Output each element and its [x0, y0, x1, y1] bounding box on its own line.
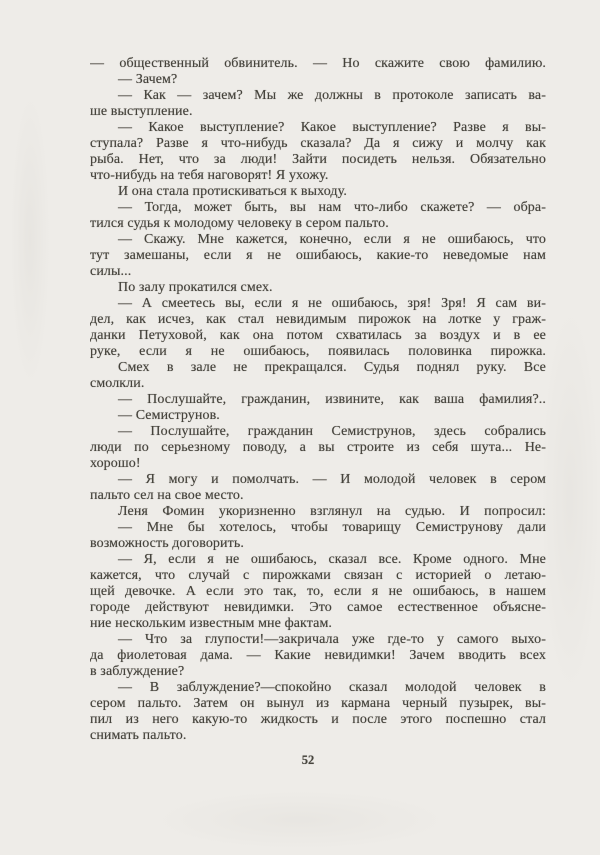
text-line: — Послушайте, гражданин Семиструнов, зде…	[90, 424, 546, 440]
text-line: силы...	[90, 264, 546, 280]
text-line: — Я, если я не ошибаюсь, сказал все. Кро…	[90, 552, 546, 568]
text-line: — Зачем?	[90, 72, 546, 88]
text-line: — общественный обвинитель. — Но скажите …	[90, 56, 546, 72]
text-line: Смех в зале не прекращался. Судья поднял…	[90, 360, 546, 376]
text-line: да фиолетовая дама. — Какие невидимки! З…	[90, 648, 546, 664]
book-page: — общественный обвинитель. — Но скажите …	[0, 0, 600, 855]
scan-smudge	[540, 300, 600, 700]
text-line: — А смеетесь вы, если я не ошибаюсь, зря…	[90, 296, 546, 312]
text-line: — Я могу и помолчать. — И молодой челове…	[90, 472, 546, 488]
text-line: ние нескольким известным мне фактам.	[90, 616, 546, 632]
text-line: пальто сел на свое место.	[90, 488, 546, 504]
text-line: возможность договорить.	[90, 536, 546, 552]
text-line: ступала? Разве я что-нибудь сказала? Да …	[90, 136, 546, 152]
page-text: — общественный обвинитель. — Но скажите …	[90, 56, 546, 744]
scan-smudge	[10, 90, 50, 390]
text-line: рыба. Нет, что за люди! Зайти посидеть н…	[90, 152, 546, 168]
text-line: — Тогда, может быть, вы нам что-либо ска…	[90, 200, 546, 216]
text-line: — Послушайте, гражданин, извините, как в…	[90, 392, 546, 408]
text-line: смолкли.	[90, 376, 546, 392]
text-line: ше выступление.	[90, 104, 546, 120]
text-line: щей девочке. А если это так, то, если я …	[90, 584, 546, 600]
text-line: данки Петуховой, как она потом схватилас…	[90, 328, 546, 344]
text-line: — Какое выступление? Какое выступление? …	[90, 120, 546, 136]
text-line: И она стала протискиваться к выходу.	[90, 184, 546, 200]
text-line: — Что за глупости!—закричала уже где-то …	[90, 632, 546, 648]
page-number: 52	[90, 753, 526, 768]
text-line: в заблуждение?	[90, 664, 546, 680]
text-line: хорошо!	[90, 456, 546, 472]
text-line: — Скажу. Мне кажется, конечно, если я не…	[90, 232, 546, 248]
text-line: — Семиструнов.	[90, 408, 546, 424]
text-line: По залу прокатился смех.	[90, 280, 546, 296]
text-line: дел, как исчез, как стал невидимым пирож…	[90, 312, 546, 328]
text-line: — Как — зачем? Мы же должны в протоколе …	[90, 88, 546, 104]
text-line: сером пальто. Затем он вынул из кармана …	[90, 696, 546, 712]
text-line: снимать пальто.	[90, 728, 546, 744]
text-line: — В заблуждение?—спокойно сказал молодой…	[90, 680, 546, 696]
text-line: городе действуют невидимки. Это самое ес…	[90, 600, 546, 616]
text-line: Леня Фомин укоризненно взглянул на судью…	[90, 504, 546, 520]
text-line: — Мне бы хотелось, чтобы товарищу Семист…	[90, 520, 546, 536]
text-line: руке, если я не ошибаюсь, появилась поло…	[90, 344, 546, 360]
text-line: пил из него какую-то жидкость и после эт…	[90, 712, 546, 728]
scan-smudge	[150, 790, 450, 850]
text-line: тут замешаны, если я не ошибаюсь, какие-…	[90, 248, 546, 264]
text-line: что-нибудь на тебя наговорят! Я ухожу.	[90, 168, 546, 184]
text-line: тился судья к молодому человеку в сером …	[90, 216, 546, 232]
text-line: люди по серьезному поводу, а вы строите …	[90, 440, 546, 456]
text-line: кажется, что случай с пирожками связан с…	[90, 568, 546, 584]
